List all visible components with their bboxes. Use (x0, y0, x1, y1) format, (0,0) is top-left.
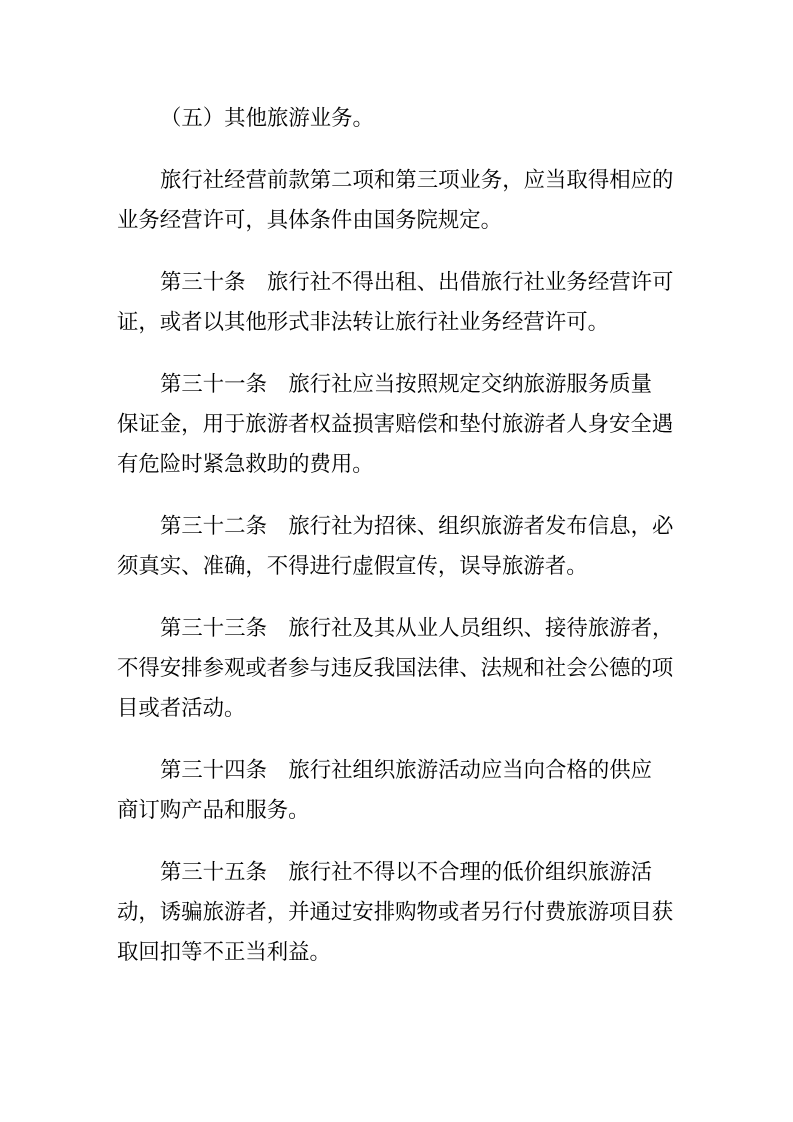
document-content: （五）其他旅游业务。旅行社经营前款第二项和第三项业务，应当取得相应的业务经营许可… (0, 0, 793, 972)
paragraph-article-32: 第三十二条 旅行社为招徕、组织旅游者发布信息，必须真实、准确，不得进行虚假宣传，… (117, 506, 677, 586)
paragraph-article-31-line-3: 有危险时紧急救助的费用。 (117, 444, 677, 484)
paragraph-item-5-other-tourism-business-line-1: （五）其他旅游业务。 (117, 98, 677, 138)
paragraph-article-30: 第三十条 旅行社不得出租、出借旅行社业务经营许可证，或者以其他形式非法转让旅行社… (117, 262, 677, 342)
paragraph-article-35-line-2: 动，诱骗旅游者，并通过安排购物或者另行付费旅游项目获 (117, 892, 677, 932)
paragraph-article-33-line-1: 第三十三条 旅行社及其从业人员组织、接待旅游者， (117, 608, 677, 648)
document-page: （五）其他旅游业务。旅行社经营前款第二项和第三项业务，应当取得相应的业务经营许可… (0, 0, 793, 1122)
paragraph-article-32-line-1: 第三十二条 旅行社为招徕、组织旅游者发布信息，必 (117, 506, 677, 546)
paragraph-article-33-line-3: 目或者活动。 (117, 688, 677, 728)
paragraph-item-5-other-tourism-business: （五）其他旅游业务。 (117, 98, 677, 138)
paragraph-clause-business-license-line-1: 旅行社经营前款第二项和第三项业务，应当取得相应的 (117, 160, 677, 200)
paragraph-article-31-line-1: 第三十一条 旅行社应当按照规定交纳旅游服务质量 (117, 364, 677, 404)
paragraph-article-35-line-3: 取回扣等不正当利益。 (117, 932, 677, 972)
paragraph-article-34-line-1: 第三十四条 旅行社组织旅游活动应当向合格的供应 (117, 750, 677, 790)
paragraph-article-34: 第三十四条 旅行社组织旅游活动应当向合格的供应商订购产品和服务。 (117, 750, 677, 830)
paragraph-clause-business-license-line-2: 业务经营许可，具体条件由国务院规定。 (117, 200, 677, 240)
paragraph-article-30-line-2: 证，或者以其他形式非法转让旅行社业务经营许可。 (117, 302, 677, 342)
paragraph-article-30-line-1: 第三十条 旅行社不得出租、出借旅行社业务经营许可 (117, 262, 677, 302)
paragraph-article-32-line-2: 须真实、准确，不得进行虚假宣传，误导旅游者。 (117, 546, 677, 586)
paragraph-article-35-line-1: 第三十五条 旅行社不得以不合理的低价组织旅游活 (117, 852, 677, 892)
paragraph-clause-business-license: 旅行社经营前款第二项和第三项业务，应当取得相应的业务经营许可，具体条件由国务院规… (117, 160, 677, 240)
paragraph-article-34-line-2: 商订购产品和服务。 (117, 790, 677, 830)
paragraph-article-35: 第三十五条 旅行社不得以不合理的低价组织旅游活动，诱骗旅游者，并通过安排购物或者… (117, 852, 677, 972)
paragraph-article-31-line-2: 保证金，用于旅游者权益损害赔偿和垫付旅游者人身安全遇 (117, 404, 677, 444)
paragraph-article-33: 第三十三条 旅行社及其从业人员组织、接待旅游者，不得安排参观或者参与违反我国法律… (117, 608, 677, 728)
paragraph-article-33-line-2: 不得安排参观或者参与违反我国法律、法规和社会公德的项 (117, 648, 677, 688)
paragraph-article-31: 第三十一条 旅行社应当按照规定交纳旅游服务质量保证金，用于旅游者权益损害赔偿和垫… (117, 364, 677, 484)
